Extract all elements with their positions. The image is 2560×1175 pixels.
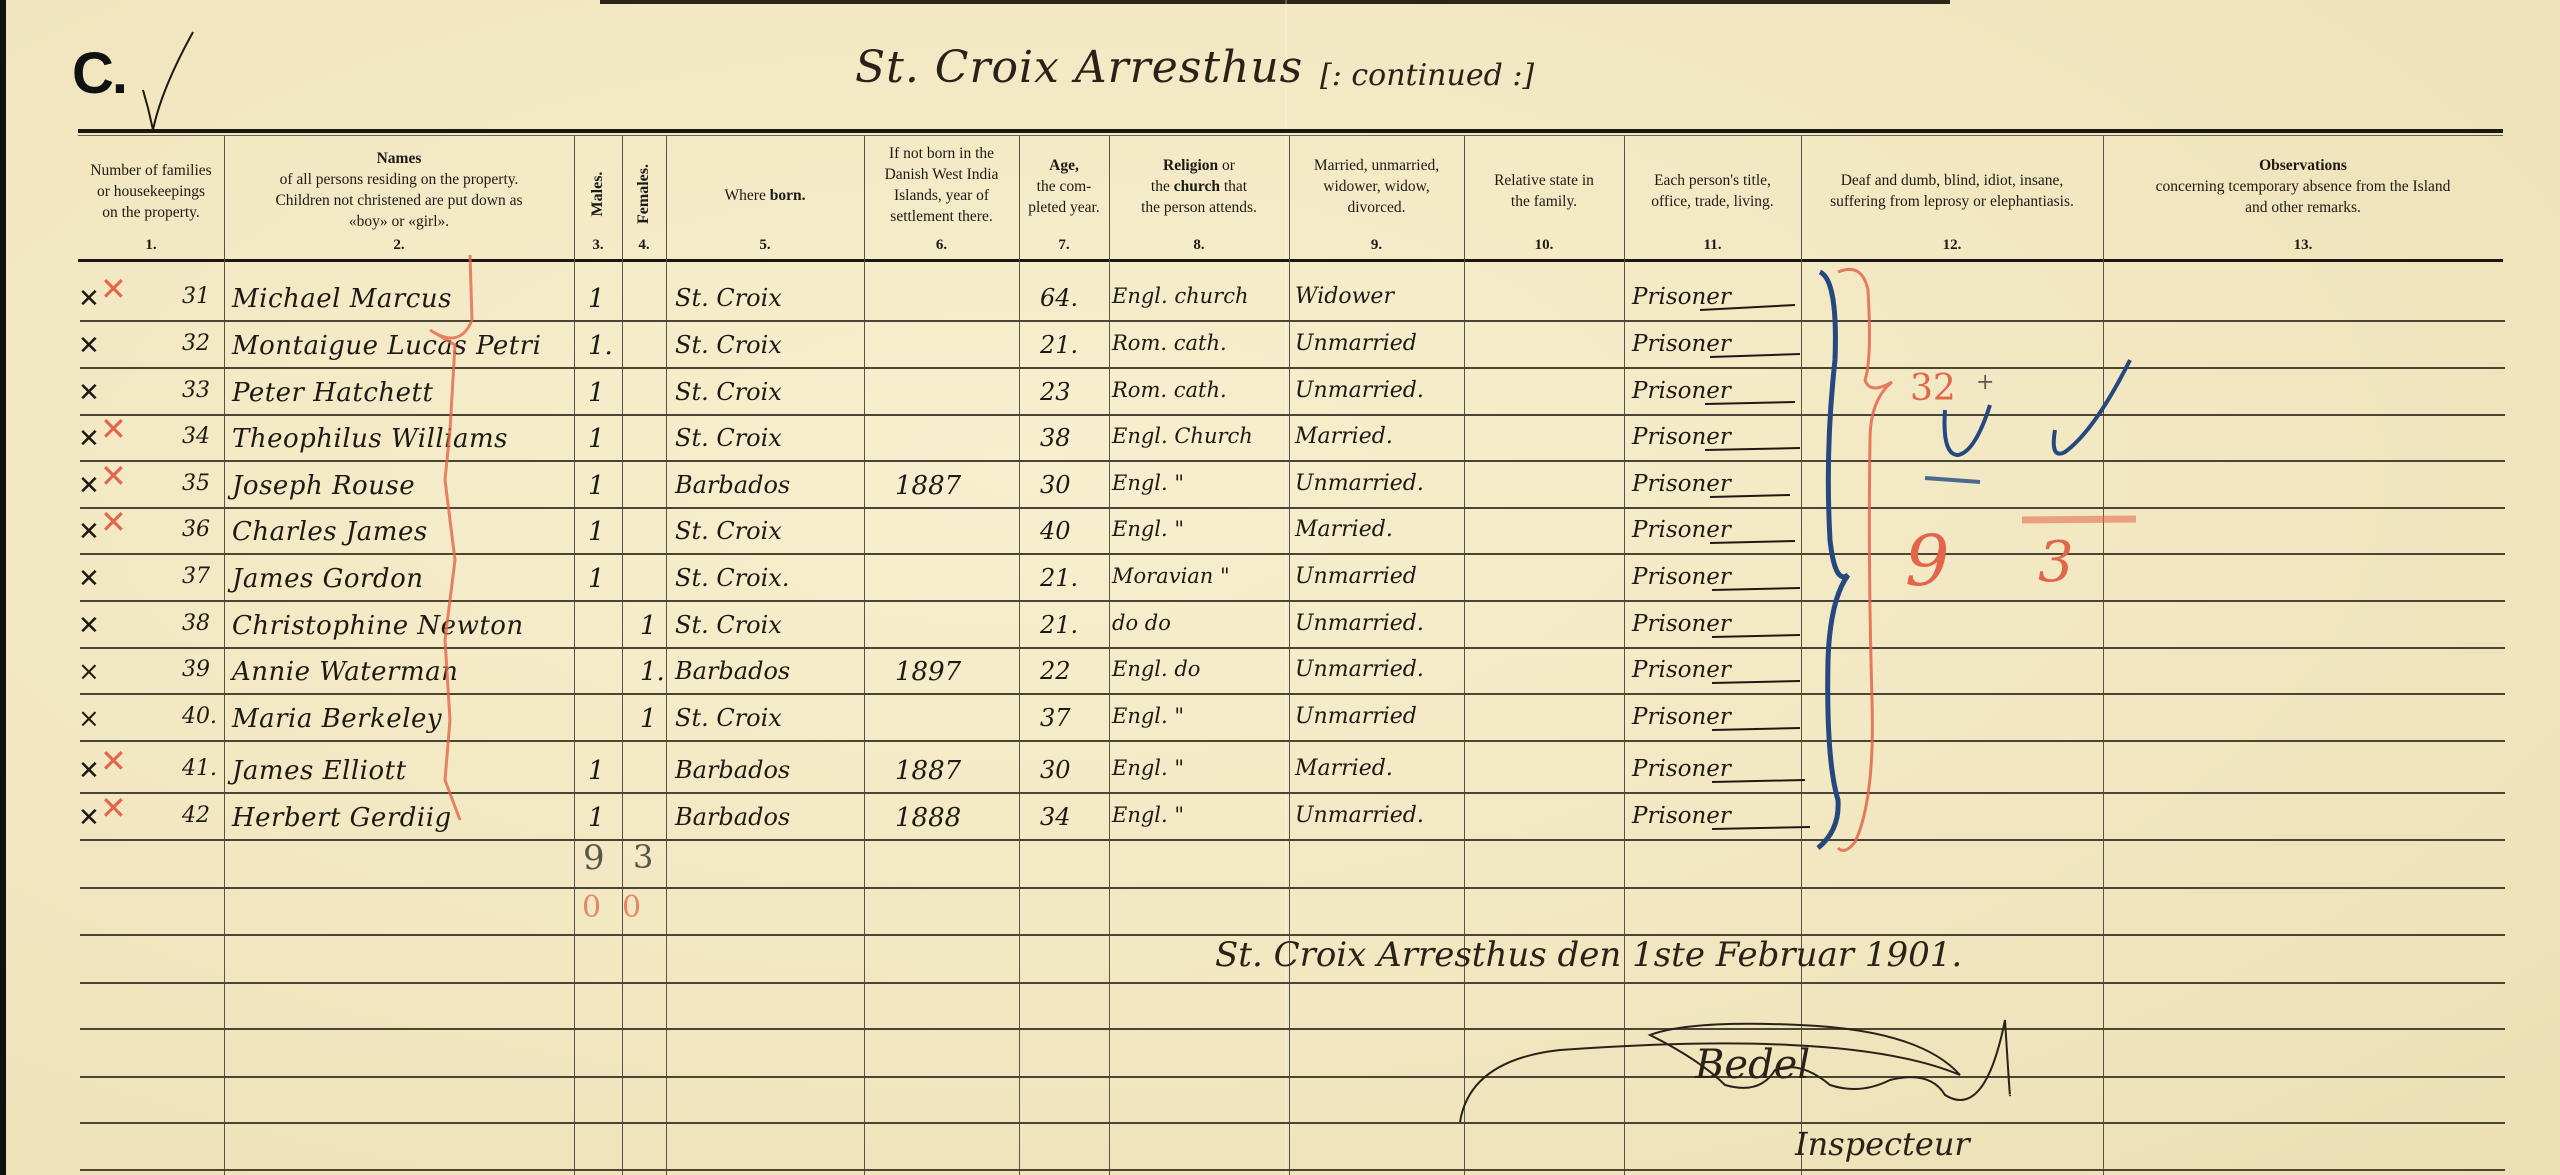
marital-status: Married. [1295,517,1393,542]
row-line [80,507,2505,509]
person-name: James Elliott [232,756,407,786]
header-females: Females. [635,150,653,238]
age: 30 [1040,471,1071,499]
row-number: 37 [182,564,210,589]
blue-bracket-icon [1818,272,1848,848]
birthplace: Barbados [675,471,790,499]
total-females: 3 [633,838,653,876]
column-number: 6. [864,237,1019,254]
header-settlement: If not born in theDanish West IndiaIslan… [864,143,1019,227]
occupation: Prisoner [1632,803,1731,829]
scan-edge [0,0,6,1175]
person-name: Maria Berkeley [232,704,442,734]
marital-status: Unmarried. [1295,611,1424,636]
family-mark: ✕ [78,803,100,833]
age: 64. [1040,284,1078,312]
age: 21. [1040,611,1078,639]
tally-left-result: 9 [1905,520,1950,602]
red-bracket-icon [1838,269,1892,850]
row-number: 41. [182,756,217,781]
row-line [80,600,2505,602]
header-occupation: Each person's title,office, trade, livin… [1624,170,1801,212]
family-mark: × [78,704,100,734]
marital-status: Unmarried. [1295,471,1424,496]
age: 37 [1040,704,1071,732]
person-name: Christophine Newton [232,611,524,641]
scan-top-edge [600,0,1950,4]
red-check-mark: ✕ [100,742,127,780]
settlement-year: 1888 [895,803,961,833]
row-line [80,982,2505,984]
row-number: 36 [182,517,210,542]
person-name: Theophilus Williams [232,424,508,454]
family-mark: ✕ [78,517,100,547]
signature-icon [1460,1020,2010,1122]
family-mark: ✕ [78,378,100,408]
row-line [80,367,2505,369]
marital-status: Widower [1295,284,1394,309]
total-males: 9 [583,838,605,878]
row-line [80,1028,2505,1030]
female-count: 1 [640,704,657,734]
birthplace: Barbados [675,657,790,685]
male-count: 1 [588,424,605,454]
column-number: 11. [1624,237,1801,254]
header-bottom-rule [78,259,2503,262]
column-divider [1624,136,1625,1175]
header-top-rule-thin [78,135,2503,136]
column-number: 7. [1019,237,1109,254]
column-number: 9. [1289,237,1464,254]
row-number: 39 [182,657,210,682]
religion: do do [1112,611,1171,635]
marital-status: Married. [1295,424,1393,449]
family-mark: ✕ [78,564,100,594]
occupation: Prisoner [1632,331,1731,357]
marital-status: Unmarried. [1295,378,1424,403]
religion: Moravian " [1112,564,1230,588]
signature-title: Inspecteur [1795,1125,1970,1163]
column-divider [574,136,575,1175]
birthplace: St. Croix [675,284,782,312]
row-line [80,1122,2505,1124]
row-line [80,1169,2505,1171]
religion: Engl. Church [1112,424,1253,448]
marital-status: Unmarried [1295,704,1417,729]
occupation: Prisoner [1632,517,1731,543]
person-name: Joseph Rouse [232,471,415,501]
occupation: Prisoner [1632,611,1731,637]
column-number: 4. [622,237,666,254]
column-divider [1289,136,1290,1175]
column-divider [1109,136,1110,1175]
age: 38 [1040,424,1071,452]
column-divider [2103,136,2104,1175]
religion: Engl. " [1112,756,1184,780]
row-line [80,887,2505,889]
family-mark: ✕ [78,611,100,641]
page-title-suffix: [: continued :] [1320,58,1534,93]
row-number: 42 [182,803,210,828]
header-infirmities: Deaf and dumb, blind, idiot, insane,suff… [1801,170,2103,212]
birthplace: St. Croix [675,517,782,545]
person-name: James Gordon [232,564,423,594]
religion: Rom. cath. [1112,378,1227,402]
person-name: Peter Hatchett [232,378,433,408]
header-age: Age, the com-pleted year. [1019,155,1109,218]
red-check-mark: ✕ [100,503,127,541]
row-number: 34 [182,424,210,449]
column-number: 2. [224,237,574,254]
male-count: 1 [588,378,605,408]
religion: Engl. do [1112,657,1200,681]
female-count: 1 [640,611,657,641]
total-males-red: 0 [582,890,601,925]
age: 21. [1040,564,1078,592]
row-number: 31 [182,284,210,309]
red-check-mark: ✕ [100,789,127,827]
row-line [80,647,2505,649]
person-name: Annie Waterman [232,657,458,687]
marital-status: Unmarried [1295,564,1417,589]
row-line [80,1076,2505,1078]
family-mark: ✕ [78,756,100,786]
person-name: Montaigue Lucas Petri [232,331,541,361]
header-religion: Religion or the church that the person a… [1109,155,1289,218]
birthplace: St. Croix [675,424,782,452]
column-number: 13. [2103,237,2503,254]
checkmark-icon [1945,405,1990,455]
person-name: Charles James [232,517,428,547]
row-line [80,460,2505,462]
row-number: 33 [182,378,210,403]
age: 22 [1040,657,1071,685]
occupation: Prisoner [1632,424,1731,450]
red-check-mark: ✕ [100,410,127,448]
header-names: Names of all persons residing on the pro… [224,148,574,232]
total-females-red: 0 [622,890,641,925]
column-divider [1019,136,1020,1175]
male-count: 1 [588,284,605,314]
checkmark-icon [2054,360,2130,454]
svg-text:Bedel: Bedel [1694,1042,1810,1088]
birthplace: St. Croix [675,378,782,406]
religion: Engl. " [1112,517,1184,541]
tally-right-result: 3 [2038,530,2074,595]
occupation: Prisoner [1632,378,1731,404]
tally-plus: + [1976,370,1994,395]
male-count: 1. [588,331,613,361]
birthplace: Barbados [675,803,790,831]
row-number: 35 [182,471,210,496]
marital-status: Unmarried. [1295,657,1424,682]
settlement-year: 1887 [895,471,961,501]
column-number: 1. [78,237,224,254]
religion: Rom. cath. [1112,331,1227,355]
person-name: Herbert Gerdiig [232,803,452,833]
settlement-year: 1887 [895,756,961,786]
header-marital: Married, unmarried,widower, widow,divorc… [1289,155,1464,218]
male-count: 1 [588,471,605,501]
form-letter: C. [72,40,126,107]
row-line [80,320,2505,322]
red-check-mark: ✕ [100,457,127,495]
header-relative-state: Relative state inthe family. [1464,170,1624,212]
row-line [80,792,2505,794]
header-observations: Observations concerning tcemporary absen… [2103,155,2503,218]
occupation: Prisoner [1632,704,1731,730]
religion: Engl. church [1112,284,1249,308]
age: 30 [1040,756,1071,784]
column-number: 5. [666,237,864,254]
family-mark: ✕ [78,471,100,501]
settlement-year: 1897 [895,657,961,687]
column-number: 3. [574,237,622,254]
family-mark: × [78,657,100,687]
header-where-born: Where born. [666,185,864,206]
column-divider [1801,136,1802,1175]
family-mark: ✕ [78,284,100,314]
row-line [80,553,2505,555]
header-males: Males. [589,159,607,229]
male-count: 1 [588,517,605,547]
birthplace: Barbados [675,756,790,784]
age: 40 [1040,517,1071,545]
religion: Engl. " [1112,803,1184,827]
column-divider [622,136,623,1175]
row-line [80,693,2505,695]
male-count: 1 [588,564,605,594]
checkmark-icon [135,30,195,135]
age: 21. [1040,331,1078,359]
row-number: 32 [182,331,210,356]
tally-count: 32 [1910,368,1956,409]
marital-status: Unmarried [1295,331,1417,356]
column-number: 12. [1801,237,2103,254]
column-divider [666,136,667,1175]
family-mark: ✕ [78,424,100,454]
column-divider [864,136,865,1175]
birthplace: St. Croix [675,704,782,732]
marital-status: Unmarried. [1295,803,1424,828]
occupation: Prisoner [1632,564,1731,590]
age: 23 [1040,378,1071,406]
row-number: 40. [182,704,217,729]
person-name: Michael Marcus [232,284,452,314]
birthplace: St. Croix [675,611,782,639]
occupation: Prisoner [1632,756,1731,782]
birthplace: St. Croix. [675,564,789,592]
female-count: 1. [640,657,665,687]
place-date: St. Croix Arresthus den 1ste Februar 190… [1215,935,1962,975]
column-divider [224,136,225,1175]
column-divider [1464,136,1465,1175]
male-count: 1 [588,756,605,786]
column-number: 8. [1109,237,1289,254]
occupation: Prisoner [1632,657,1731,683]
row-line [80,839,2505,841]
occupation: Prisoner [1632,471,1731,497]
column-number: 10. [1464,237,1624,254]
header-families: Number of familiesor housekeepingson the… [78,160,224,223]
family-mark: ✕ [78,331,100,361]
row-line [80,414,2505,416]
age: 34 [1040,803,1071,831]
occupation: Prisoner [1632,284,1731,310]
religion: Engl. " [1112,704,1184,728]
row-line [80,740,2505,742]
red-check-mark: ✕ [100,270,127,308]
religion: Engl. " [1112,471,1184,495]
header-top-rule [78,129,2503,133]
male-count: 1 [588,803,605,833]
birthplace: St. Croix [675,331,782,359]
page-title: St. Croix Arresthus [855,42,1303,93]
marital-status: Married. [1295,756,1393,781]
row-number: 38 [182,611,210,636]
